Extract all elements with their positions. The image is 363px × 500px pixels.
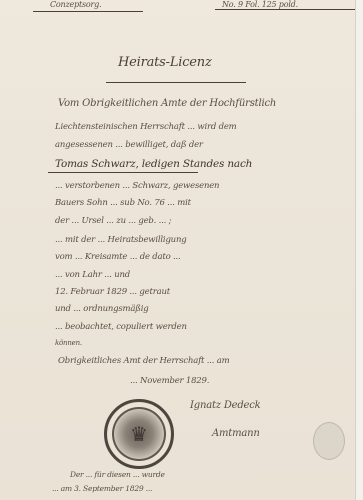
closing-date-line: ... November 1829. [130,376,209,386]
body-line: ... von Lahr ... und [55,270,130,280]
body-line: Vom Obrigkeitlichen Amte der Hochfürstli… [58,98,276,109]
title-underline [106,82,246,83]
header-right-reference: No. 9 Fol. 125 pold. [222,0,298,9]
body-line: angesessenen ... bewilliget, daß der [55,140,203,150]
body-line: ... beobachtet, copuliert werden [55,322,187,332]
body-line: der ... Ursel ... zu ... geb. ... ; [55,216,171,226]
header-left-note: Conzeptsorg. [50,0,101,9]
signature-title: Amtmann [212,428,260,439]
name-underline [48,172,198,173]
body-line: Liechtensteinischen Herrschaft ... wird … [55,122,237,132]
body-line: ... mit der ... Heiratsbewilligung [55,235,186,245]
document-page: Conzeptsorg. No. 9 Fol. 125 pold. Heirat… [0,0,356,500]
page-edge [355,0,363,500]
faint-stamp [313,422,345,460]
body-line: können. [55,339,82,347]
document-title: Heirats-Licenz [118,55,212,70]
body-line: vom ... Kreisamte ... de dato ... [55,252,181,262]
signature-name: Ignatz Dedeck [190,400,261,411]
highlighted-name: Tomas Schwarz, ledigen Standes nach [55,158,252,170]
footer-line: ... am 3. September 1829 ... [52,484,152,493]
header-left-rule [33,11,143,12]
header-right-rule [215,9,355,10]
body-line: und ... ordnungsmäßig [55,304,149,314]
footer-line: ... [52,495,58,500]
eagle-crest-icon: ♛ [130,422,148,446]
body-line: ... verstorbenen ... Schwarz, gewesenen [55,181,219,191]
official-seal: ♛ [104,399,174,469]
closing-place-line: Obrigkeitliches Amt der Herrschaft ... a… [58,356,230,366]
body-line: Bauers Sohn ... sub No. 76 ... mit [55,198,191,208]
body-line: 12. Februar 1829 ... getraut [55,287,170,297]
footer-line: Der ... für diesen ... wurde [70,470,165,479]
